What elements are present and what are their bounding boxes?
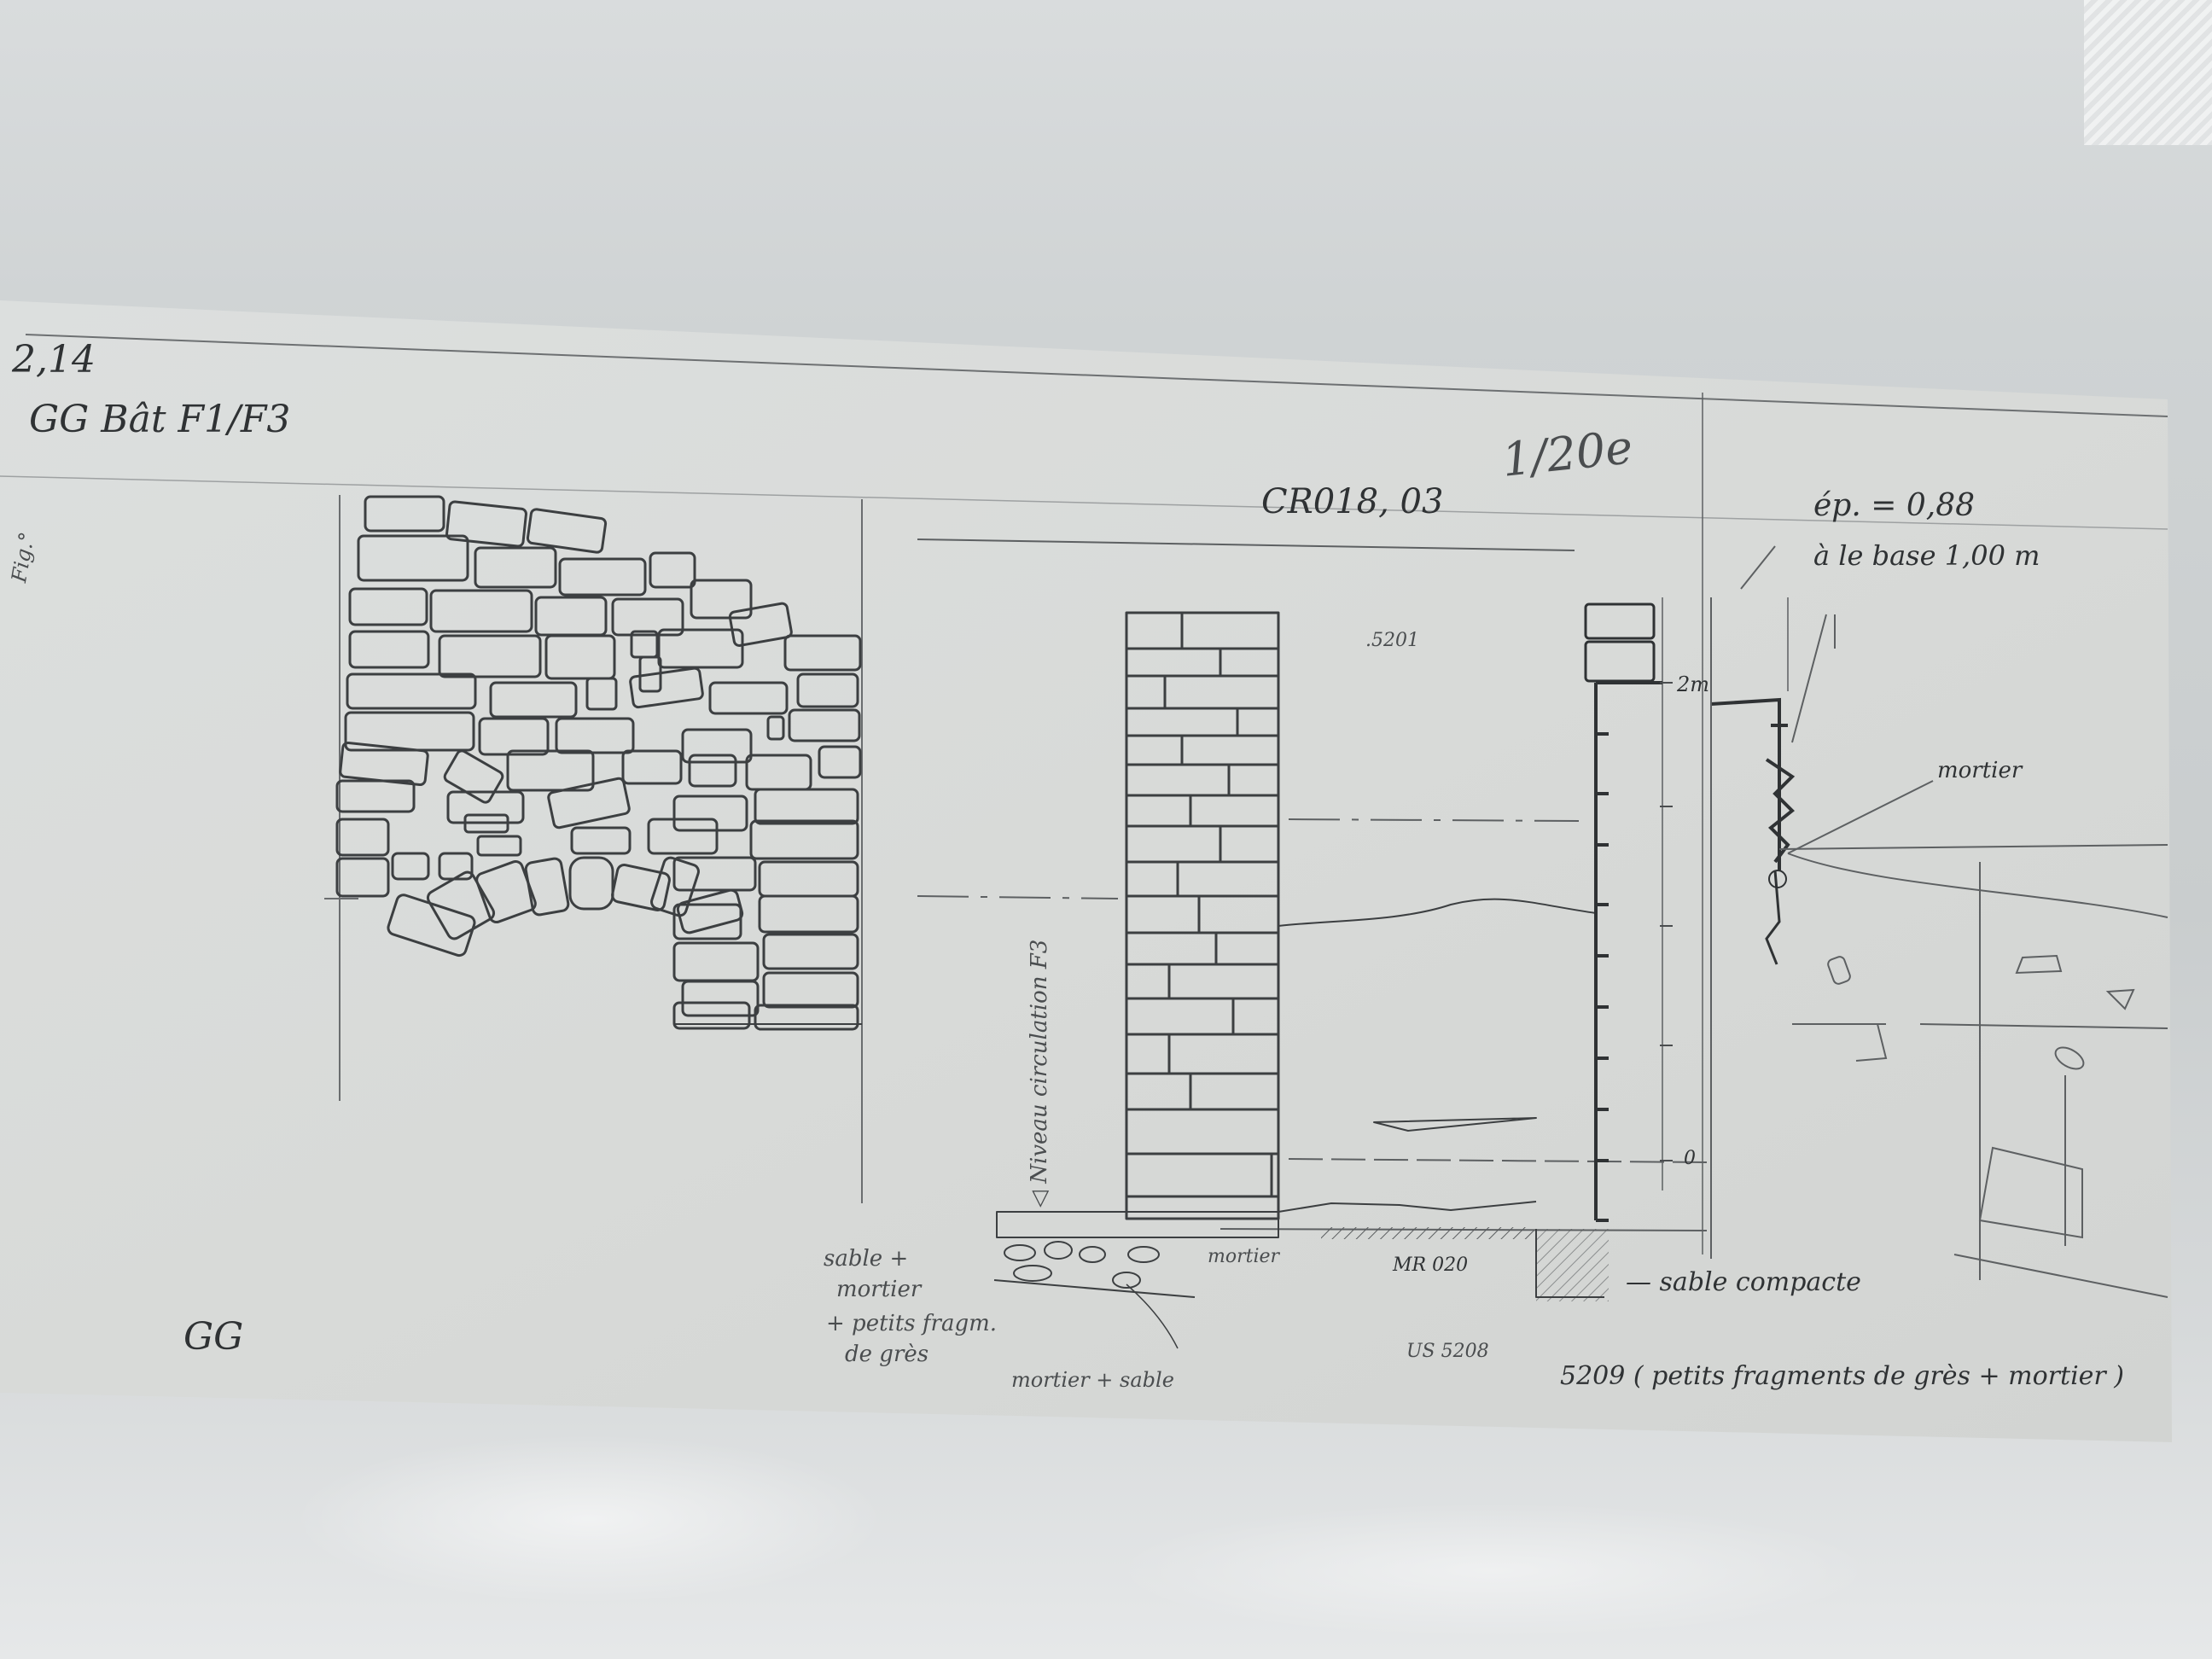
wall-thickness-1: ép. = 0,88 (1813, 491, 1975, 521)
mortier-small: mortier (1208, 1248, 1279, 1266)
zero-mark: 0 (1684, 1150, 1696, 1168)
us-5208: US 5208 (1406, 1342, 1489, 1361)
sheet-header: GG Bât F1/F3 (29, 401, 290, 439)
scale-label: 1/20e (1500, 424, 1635, 484)
note-sable-mortier-3: + petits fragm. (826, 1313, 997, 1335)
sheet-number: 2,14 (12, 341, 96, 379)
footer-initials: GG (183, 1318, 243, 1356)
mortier-label-right: mortier (1937, 760, 2022, 782)
reference-code: CR018, 03 (1261, 485, 1443, 519)
wall-thickness-2: à le base 1,00 m (1813, 542, 2040, 569)
dimension-2m: 2m (1677, 674, 1709, 695)
note-sable-mortier-1: sable + (824, 1248, 908, 1270)
us-5209-note: 5209 ( petits fragments de grès + mortie… (1560, 1364, 2124, 1389)
sable-compacte: — sable compacte (1626, 1270, 1861, 1295)
mortier-sable: mortier + sable (1011, 1370, 1174, 1390)
drawing-sheet (0, 0, 2212, 1659)
note-sable-mortier-2: mortier (836, 1278, 921, 1301)
circulation-level: ◁ Niveau circulation F3 (1028, 940, 1051, 1208)
unit-5201: .5201 (1365, 632, 1419, 650)
mr-020: MR 020 (1393, 1256, 1468, 1275)
note-sable-mortier-4: de grès (845, 1343, 928, 1365)
